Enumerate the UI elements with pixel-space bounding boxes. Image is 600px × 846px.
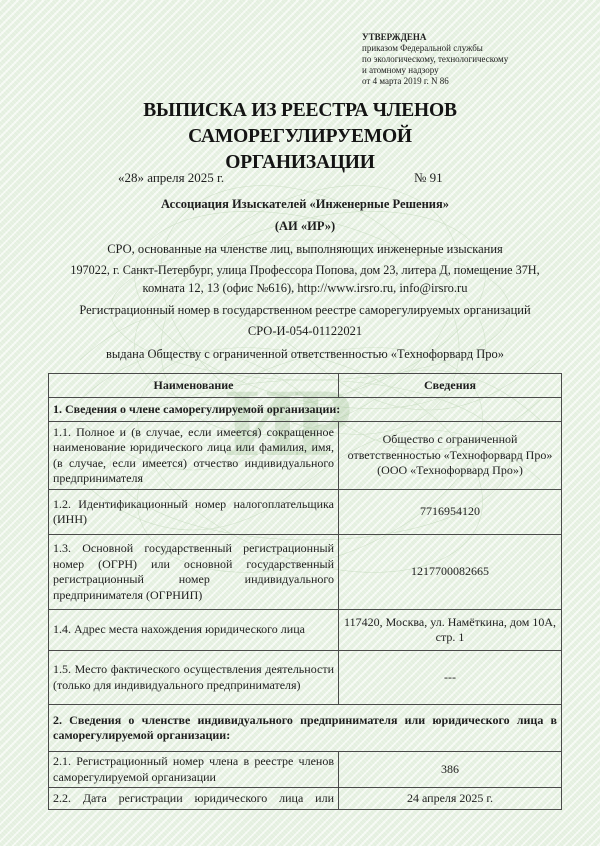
- registry-label: Регистрационный номер в государственном …: [40, 302, 570, 319]
- row-label: 1.3. Основной государственный регистраци…: [49, 535, 339, 610]
- table-row: 1.5. Место фактического осуществления де…: [49, 651, 562, 705]
- value-line: Общество с ограниченной: [343, 432, 557, 448]
- row-value: Общество с ограниченной ответственностью…: [339, 422, 562, 490]
- organization-abbr: (АИ «ИР»): [40, 218, 570, 235]
- issue-date: «28» апреля 2025 г.: [118, 170, 224, 186]
- title-line-1: ВЫПИСКА ИЗ РЕЕСТРА ЧЛЕНОВ САМОРЕГУЛИРУЕМ…: [40, 98, 560, 150]
- table-row: 2.2. Дата регистрации юридического лица …: [49, 788, 562, 810]
- table-row: 1.4. Адрес места нахождения юридического…: [49, 610, 562, 651]
- organization-name: Ассоциация Изыскателей «Инженерные Решен…: [40, 196, 570, 213]
- approval-line: по экологическому, технологическому: [362, 54, 508, 65]
- value-line: ответственностью «Технофорвард Про»: [343, 448, 557, 464]
- approval-line: от 4 марта 2019 г. N 86: [362, 76, 508, 87]
- row-label: 1.4. Адрес места нахождения юридического…: [49, 610, 339, 651]
- section-1-title: 1. Сведения о члене саморегулируемой орг…: [49, 398, 562, 422]
- row-value: 386: [339, 752, 562, 788]
- table-row: 1.2. Идентификационный номер налогоплате…: [49, 490, 562, 535]
- row-value: ---: [339, 651, 562, 705]
- table-row: 1.1. Полное и (в случае, если имеется) с…: [49, 422, 562, 490]
- organization-address-2: комната 12, 13 (офис №616), http://www.i…: [40, 280, 570, 297]
- document-title: ВЫПИСКА ИЗ РЕЕСТРА ЧЛЕНОВ САМОРЕГУЛИРУЕМ…: [40, 98, 560, 176]
- column-header-name: Наименование: [49, 374, 339, 398]
- row-value: 24 апреля 2025 г.: [339, 788, 562, 810]
- approval-stamp: УТВЕРЖДЕНА приказом Федеральной службы п…: [362, 32, 508, 87]
- approval-line: приказом Федеральной службы: [362, 43, 508, 54]
- row-label: 1.1. Полное и (в случае, если имеется) с…: [49, 422, 339, 490]
- registry-table: Наименование Сведения 1. Сведения о член…: [48, 373, 562, 810]
- approval-head: УТВЕРЖДЕНА: [362, 32, 508, 43]
- row-value: 1217700082665: [339, 535, 562, 610]
- issued-to: выдана Обществу с ограниченной ответстве…: [40, 346, 570, 363]
- table-row: 1.3. Основной государственный регистраци…: [49, 535, 562, 610]
- section-row: 2. Сведения о членстве индивидуального п…: [49, 705, 562, 752]
- row-value: 117420, Москва, ул. Намёткина, дом 10А, …: [339, 610, 562, 651]
- document-number: № 91: [414, 170, 443, 186]
- row-label: 1.5. Место фактического осуществления де…: [49, 651, 339, 705]
- row-value: 7716954120: [339, 490, 562, 535]
- section-2-title: 2. Сведения о членстве индивидуального п…: [49, 705, 562, 752]
- row-label: 2.2. Дата регистрации юридического лица …: [49, 788, 339, 810]
- table-row: 2.1. Регистрационный номер члена в реест…: [49, 752, 562, 788]
- organization-type: СРО, основанные на членстве лиц, выполня…: [40, 241, 570, 258]
- row-label: 1.2. Идентификационный номер налогоплате…: [49, 490, 339, 535]
- value-line: (ООО «Технофорвард Про»): [343, 463, 557, 479]
- table-header-row: Наименование Сведения: [49, 374, 562, 398]
- section-row: 1. Сведения о члене саморегулируемой орг…: [49, 398, 562, 422]
- approval-line: и атомному надзору: [362, 65, 508, 76]
- registry-number: СРО-И-054-01122021: [40, 323, 570, 340]
- row-label: 2.1. Регистрационный номер члена в реест…: [49, 752, 339, 788]
- column-header-info: Сведения: [339, 374, 562, 398]
- organization-address-1: 197022, г. Санкт-Петербург, улица Профес…: [40, 262, 570, 279]
